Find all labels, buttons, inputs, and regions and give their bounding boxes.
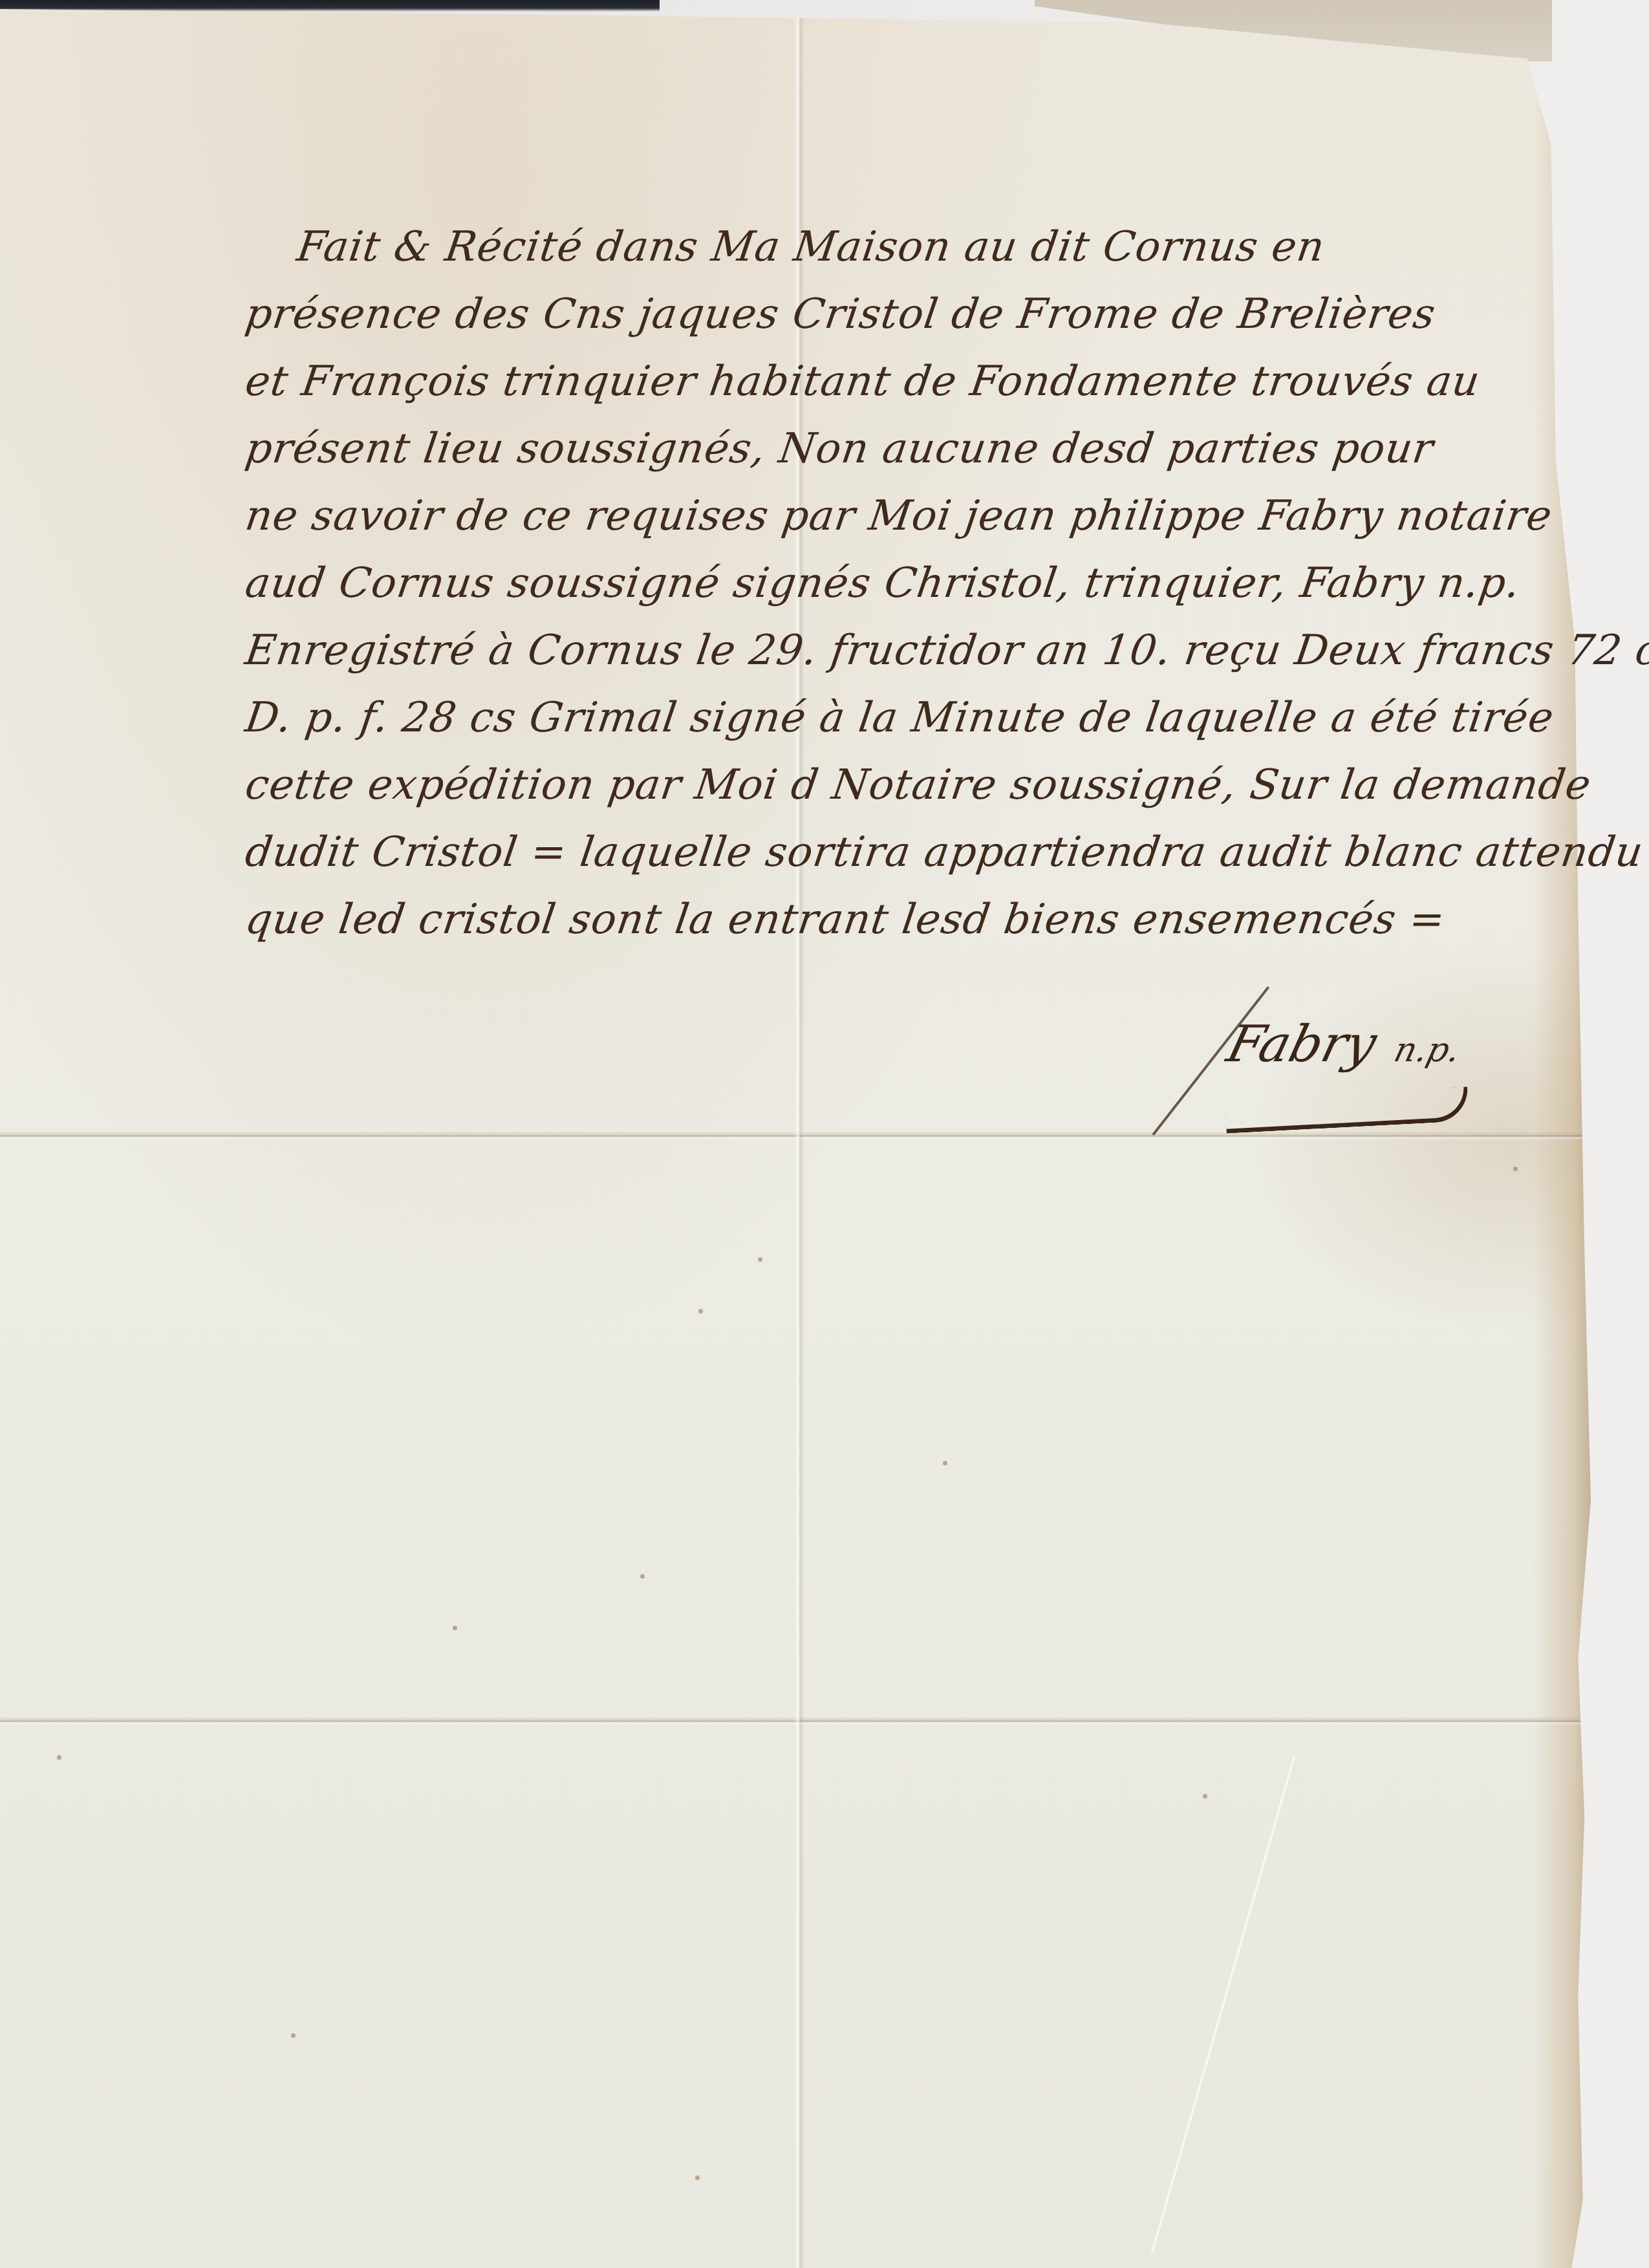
foxing-spot: [698, 1309, 703, 1313]
foxing-spot: [1513, 1167, 1518, 1171]
foxing-spot: [57, 1755, 61, 1760]
manuscript-text: Fait & Récité dans Ma Maison au dit Corn…: [246, 213, 1578, 953]
text-line: cette expédition par Moi d Notaire souss…: [241, 751, 1583, 819]
scanned-page: Fait & Récité dans Ma Maison au dit Corn…: [0, 0, 1649, 2268]
text-line: aud Cornus soussigné signés Christol, tr…: [241, 550, 1583, 617]
text-line: Enregistré à Cornus le 29. fructidor an …: [241, 617, 1583, 684]
foxing-spot: [640, 1574, 645, 1579]
foxing-spot: [695, 2176, 700, 2180]
signature-suffix: n.p.: [1390, 1031, 1465, 1070]
scanner-backing: [0, 0, 660, 12]
signature-name: Fabry: [1222, 1015, 1383, 1074]
foxing-spot: [758, 1257, 762, 1262]
text-line: présence des Cns jaques Cristol de Frome…: [241, 281, 1583, 348]
text-line: dudit Cristol = laquelle sortira apparti…: [241, 819, 1583, 886]
foxing-spot: [1203, 1794, 1207, 1798]
foxing-spot: [291, 2033, 296, 2038]
foxing-spot: [943, 1461, 947, 1465]
diagonal-crease: [1150, 1755, 1295, 2253]
text-line: que led cristol sont la entrant lesd bie…: [241, 886, 1583, 953]
text-line: ne savoir de ce requises par Moi jean ph…: [241, 482, 1583, 550]
foxing-spot: [453, 1626, 457, 1630]
text-line: D. p. f. 28 cs Grimal signé à la Minute …: [241, 684, 1583, 751]
text-line: présent lieu soussignés, Non aucune desd…: [241, 415, 1583, 482]
text-line: et François trinquier habitant de Fondam…: [241, 348, 1583, 415]
text-line: Fait & Récité dans Ma Maison au dit Corn…: [241, 213, 1583, 281]
notary-signature: Fabry n.p.: [1222, 1015, 1469, 1074]
